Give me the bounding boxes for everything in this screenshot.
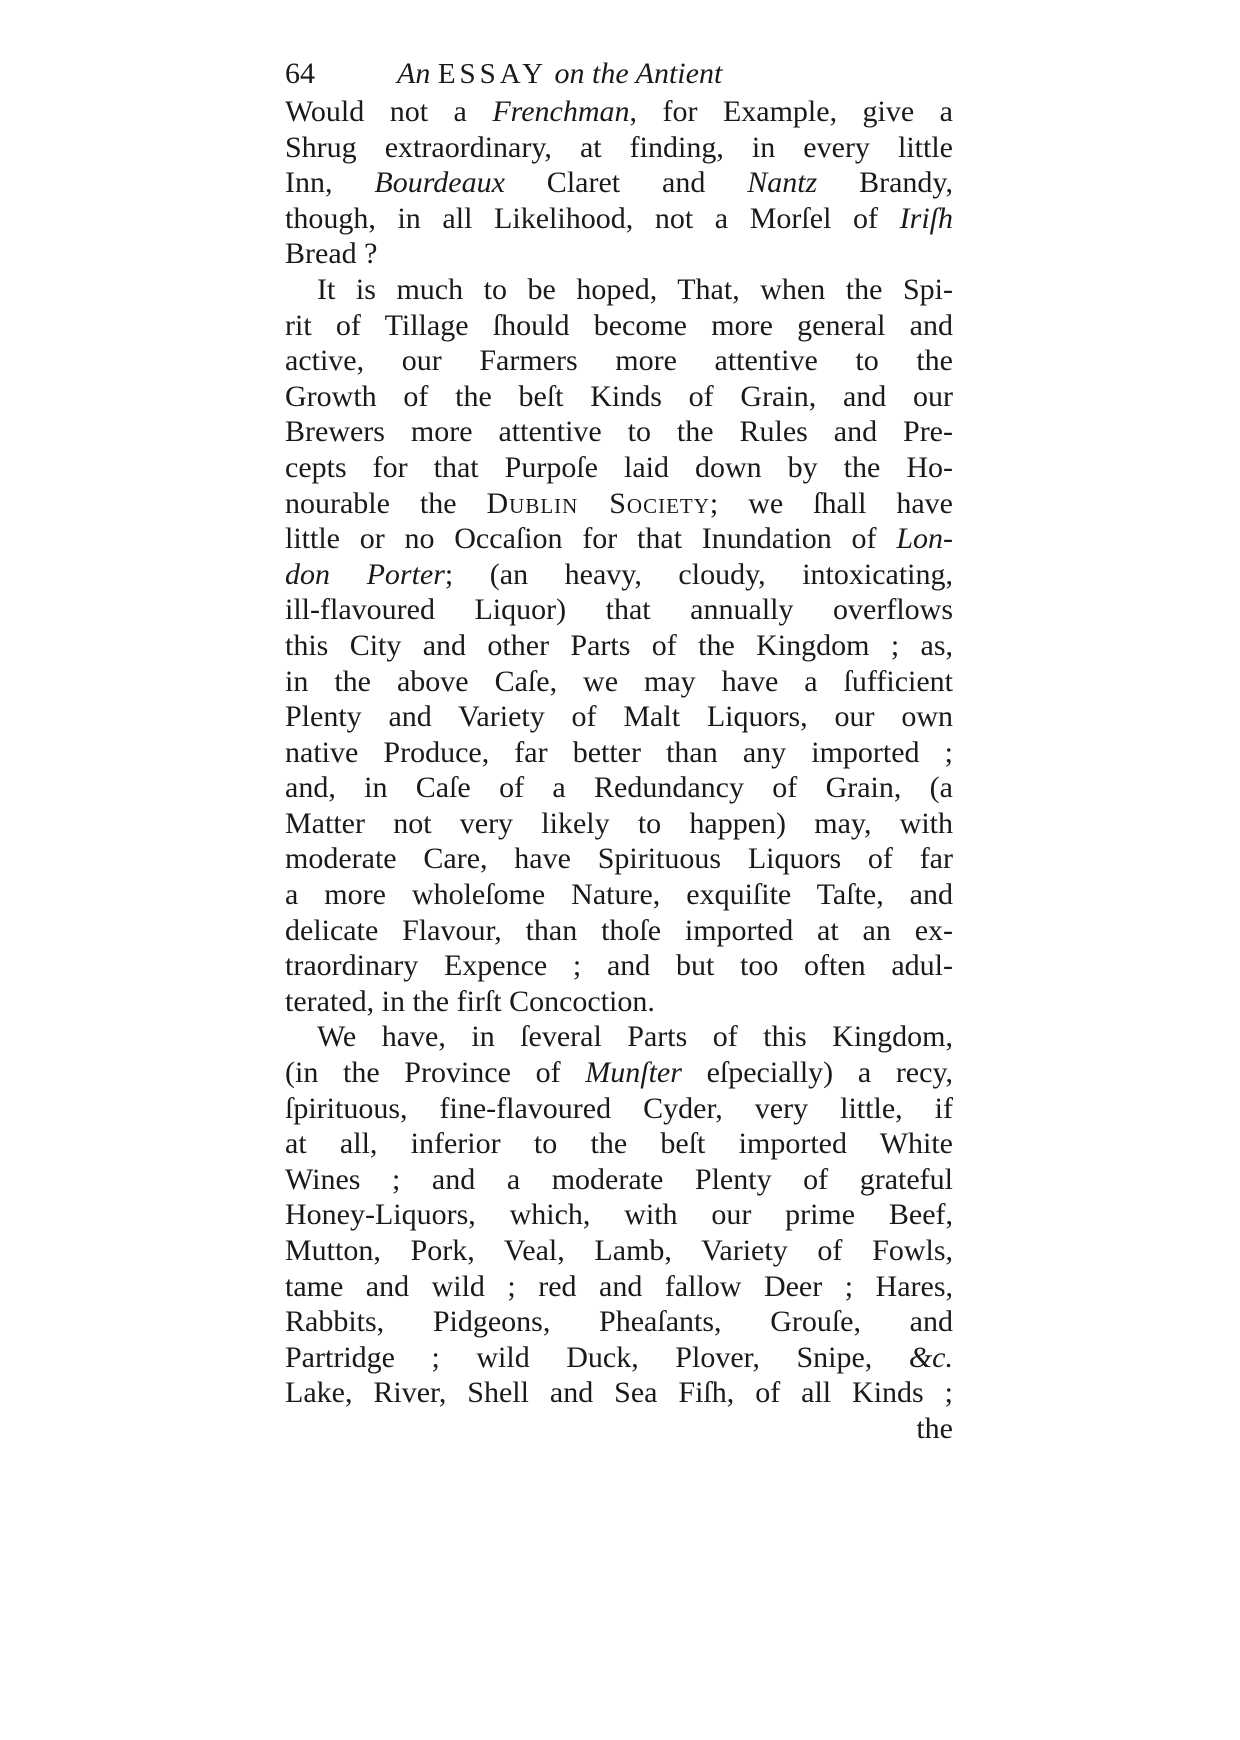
text-span: in the above Caſe, we may have a ſuffici… [285, 665, 953, 698]
text-line: active, our Farmers more attentive to th… [285, 343, 953, 379]
text-span: rit of Tillage ſhould become more genera… [285, 309, 953, 342]
text-span: ill-flavoured Liquor) that annually over… [285, 593, 953, 626]
text-line: delicate Flavour, than thoſe imported at… [285, 913, 953, 949]
text-span: this City and other Parts of the Kingdom… [285, 629, 953, 662]
text-span: and, in Caſe of a Redundancy of Grain, (… [285, 771, 953, 804]
text-line: Honey-Liquors, which, with our prime Bee… [285, 1197, 953, 1233]
italic-text: Frenchman [492, 95, 629, 128]
text-line: moderate Care, have Spirituous Liquors o… [285, 841, 953, 877]
text-line: Wines ; and a moderate Plenty of gratefu… [285, 1162, 953, 1198]
text-span: terated, in the firſt Concoction. [285, 985, 655, 1018]
text-span: Partridge ; wild Duck, Plover, Snipe, [285, 1341, 909, 1374]
text-span: ; we ſhall have [710, 487, 953, 520]
text-line: We have, in ſeveral Parts of this Kingdo… [285, 1019, 953, 1055]
text-line: Bread ? [285, 236, 953, 272]
text-line: (in the Province of Munſter eſpecially) … [285, 1055, 953, 1091]
text-line: ill-flavoured Liquor) that annually over… [285, 592, 953, 628]
text-line: though, in all Likelihood, not a Morſel … [285, 201, 953, 237]
text-line: Rabbits, Pidgeons, Pheaſants, Grouſe, an… [285, 1304, 953, 1340]
text-line: Would not a Frenchman, for Example, give… [285, 94, 953, 130]
text-span: It is much to be hoped, That, when the S… [317, 273, 953, 306]
text-span: , for Example, give a [630, 95, 953, 128]
text-line: a more wholeſome Nature, exquiſite Taſte… [285, 877, 953, 913]
text-line: Plenty and Variety of Malt Liquors, our … [285, 699, 953, 735]
text-line: cepts for that Purpoſe laid down by the … [285, 450, 953, 486]
text-line: Lake, River, Shell and Sea Fiſh, of all … [285, 1375, 953, 1411]
text-line: Partridge ; wild Duck, Plover, Snipe, &c… [285, 1340, 953, 1376]
text-line: little or no Occaſion for that Inundatio… [285, 521, 953, 557]
running-title-suffix: on the Antient [555, 57, 723, 90]
text-span: Growth of the beſt Kinds of Grain, and o… [285, 380, 953, 413]
text-line: ſpirituous, fine-flavoured Cyder, very l… [285, 1091, 953, 1127]
italic-text: don Porter [285, 558, 445, 591]
text-span: Lake, River, Shell and Sea Fiſh, of all … [285, 1376, 953, 1409]
small-caps-text: Dublin Society [486, 487, 709, 520]
italic-text: Nantz [747, 166, 817, 199]
text-span: moderate Care, have Spirituous Liquors o… [285, 842, 953, 875]
text-span: Mutton, Pork, Veal, Lamb, Variety of Fow… [285, 1234, 953, 1267]
text-line: Inn, Bourdeaux Claret and Nantz Brandy, [285, 165, 953, 201]
italic-text: Munſter [585, 1056, 682, 1089]
text-line: and, in Caſe of a Redundancy of Grain, (… [285, 770, 953, 806]
running-title: An ESSAY on the Antient [397, 54, 722, 94]
text-span: Claret and [505, 166, 747, 199]
running-title-prefix: An [397, 57, 430, 90]
running-head: 64 An ESSAY on the Antient [285, 54, 953, 94]
text-line: rit of Tillage ſhould become more genera… [285, 308, 953, 344]
running-title-caps: ESSAY [438, 58, 547, 90]
text-span: Would not a [285, 95, 492, 128]
text-span: Brandy, [817, 166, 953, 199]
text-line: Matter not very likely to happen) may, w… [285, 806, 953, 842]
text-span: nourable the [285, 487, 486, 520]
text-span: Brewers more attentive to the Rules and … [285, 415, 953, 448]
italic-text: Lon- [896, 522, 953, 555]
text-line: Mutton, Pork, Veal, Lamb, Variety of Fow… [285, 1233, 953, 1269]
text-span: traordinary Expence ; and but too often … [285, 949, 953, 982]
text-span: a more wholeſome Nature, exquiſite Taſte… [285, 878, 953, 911]
text-span: ſpirituous, fine-flavoured Cyder, very l… [285, 1092, 953, 1125]
page-number: 64 [285, 54, 315, 94]
text-span: eſpecially) a recy, [682, 1056, 953, 1089]
text-line: tame and wild ; red and fallow Deer ; Ha… [285, 1269, 953, 1305]
text-line: at all, inferior to the beſt imported Wh… [285, 1126, 953, 1162]
text-line: this City and other Parts of the Kingdom… [285, 628, 953, 664]
text-span: Inn, [285, 166, 374, 199]
text-span: Bread ? [285, 237, 377, 270]
text-line: traordinary Expence ; and but too often … [285, 948, 953, 984]
text-line: Growth of the beſt Kinds of Grain, and o… [285, 379, 953, 415]
text-line: native Produce, far better than any impo… [285, 735, 953, 771]
text-line: Shrug extraordinary, at finding, in ever… [285, 130, 953, 166]
text-line: terated, in the firſt Concoction. [285, 984, 953, 1020]
text-span: cepts for that Purpoſe laid down by the … [285, 451, 953, 484]
text-line: It is much to be hoped, That, when the S… [285, 272, 953, 308]
text-span: Matter not very likely to happen) may, w… [285, 807, 953, 840]
text-line: in the above Caſe, we may have a ſuffici… [285, 664, 953, 700]
catchword: the [285, 1411, 953, 1447]
text-line: don Porter; (an heavy, cloudy, intoxicat… [285, 557, 953, 593]
text-span: (in the Province of [285, 1056, 585, 1089]
italic-text: Bourdeaux [374, 166, 505, 199]
text-span: active, our Farmers more attentive to th… [285, 344, 953, 377]
text-span: delicate Flavour, than thoſe imported at… [285, 914, 953, 947]
text-span: Honey-Liquors, which, with our prime Bee… [285, 1198, 953, 1231]
text-span: little or no Occaſion for that Inundatio… [285, 522, 896, 555]
text-line: nourable the Dublin Society; we ſhall ha… [285, 486, 953, 522]
italic-text: &c. [909, 1341, 953, 1374]
text-span: We have, in ſeveral Parts of this Kingdo… [317, 1020, 953, 1053]
text-span: native Produce, far better than any impo… [285, 736, 953, 769]
text-span: tame and wild ; red and fallow Deer ; Ha… [285, 1270, 953, 1303]
italic-text: Iriſh [900, 202, 953, 235]
body-text: Would not a Frenchman, for Example, give… [285, 94, 953, 1411]
text-span: at all, inferior to the beſt imported Wh… [285, 1127, 953, 1160]
text-span: Plenty and Variety of Malt Liquors, our … [285, 700, 953, 733]
book-page: 64 An ESSAY on the Antient Would not a F… [285, 54, 953, 1447]
text-span: Shrug extraordinary, at finding, in ever… [285, 131, 953, 164]
text-line: Brewers more attentive to the Rules and … [285, 414, 953, 450]
text-span: ; (an heavy, cloudy, intoxicating, [445, 558, 953, 591]
text-span: Wines ; and a moderate Plenty of gratefu… [285, 1163, 953, 1196]
text-span: though, in all Likelihood, not a Morſel … [285, 202, 900, 235]
text-span: Rabbits, Pidgeons, Pheaſants, Grouſe, an… [285, 1305, 953, 1338]
